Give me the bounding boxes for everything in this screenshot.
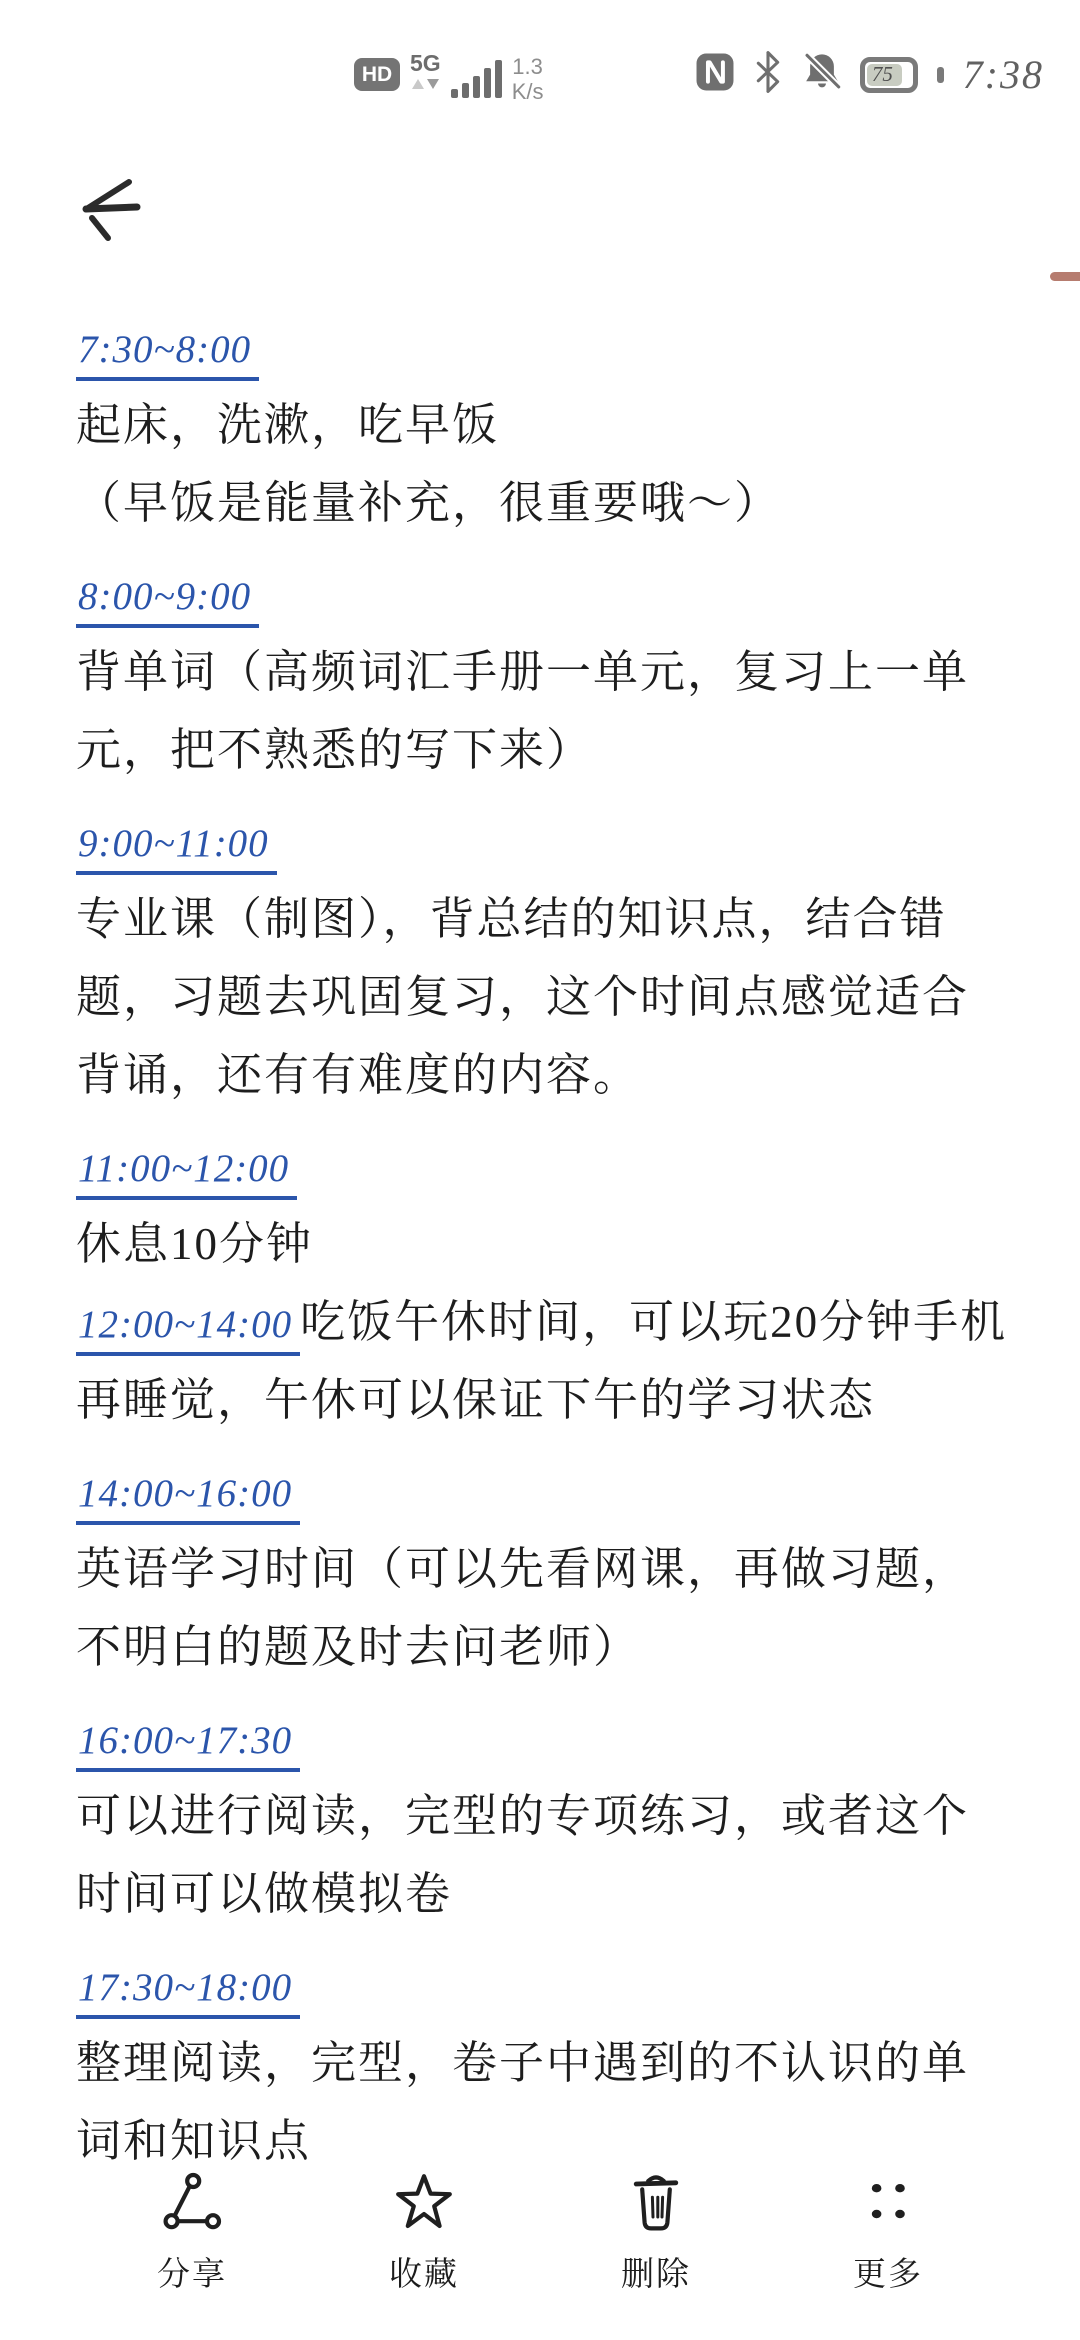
favorite-button[interactable]: 收藏 [374, 2172, 474, 2318]
time-link[interactable]: 14:00~16:00 [76, 1470, 300, 1525]
note-text-segment: 吃饭午休时间，可以玩20分钟手机 [300, 1297, 1007, 1347]
note-text-line: 题，习题去巩固复习，这个时间点感觉适合 [76, 958, 1026, 1036]
time-link[interactable]: 7:30~8:00 [76, 326, 259, 381]
note-text-line: 专业课（制图），背总结的知识点，结合错 [76, 880, 1026, 958]
signal-bars-icon [451, 56, 502, 98]
time-heading-line: 7:30~8:00 [76, 308, 1026, 386]
back-button[interactable] [66, 168, 158, 254]
status-left-group: HD 5G 1.3 K/s [354, 52, 543, 104]
note-text-line: 起床，洗漱，吃早饭 [76, 386, 1026, 464]
status-right-group: 75 7:38 [693, 50, 1044, 99]
time-link[interactable]: 8:00~9:00 [76, 573, 259, 628]
favorite-label: 收藏 [389, 2248, 459, 2295]
note-text-line: 英语学习时间（可以先看网课，再做习题， [76, 1530, 1026, 1608]
more-label: 更多 [853, 2248, 923, 2295]
note-text-line: 不明白的题及时去问老师） [76, 1608, 1026, 1686]
status-time: 7:38 [963, 51, 1044, 98]
notifications-muted-icon [799, 50, 845, 99]
battery-tip [937, 67, 944, 83]
star-icon [394, 2172, 454, 2232]
note-text-line: 整理阅读，完型，卷子中遇到的不认识的单 [76, 2024, 1026, 2102]
share-button[interactable]: 分享 [142, 2172, 242, 2318]
nfc-icon [693, 50, 737, 99]
battery-icon: 75 [860, 57, 918, 93]
more-dots-icon [858, 2172, 918, 2232]
note-text-line: 12:00~14:00吃饭午休时间，可以玩20分钟手机 [76, 1283, 1026, 1361]
note-text-line: 休息10分钟 [76, 1205, 1026, 1283]
note-text-line: 词和知识点 [76, 2102, 1026, 2180]
hd-badge: HD [354, 58, 400, 91]
battery-percent: 75 [865, 62, 901, 87]
time-heading-line: 17:30~18:00 [76, 1946, 1026, 2024]
note-text-line: 时间可以做模拟卷 [76, 1855, 1026, 1933]
note-text-line: 再睡觉，午休可以保证下午的学习状态 [76, 1361, 1026, 1439]
time-link[interactable]: 17:30~18:00 [76, 1964, 300, 2019]
note-content: 7:30~8:00起床，洗漱，吃早饭（早饭是能量补充，很重要哦～）8:00~9:… [76, 308, 1026, 2180]
bluetooth-icon [752, 50, 784, 99]
network-type-label: 5G [410, 52, 441, 75]
time-heading-line: 11:00~12:00 [76, 1127, 1026, 1205]
speed-value: 1.3 [512, 54, 543, 79]
time-link[interactable]: 11:00~12:00 [76, 1145, 297, 1200]
share-icon [162, 2172, 222, 2232]
time-heading-line: 8:00~9:00 [76, 555, 1026, 633]
note-text-line: 背单词（高频词汇手册一单元，复习上一单 [76, 633, 1026, 711]
note-text-line: （早饭是能量补充，很重要哦～） [76, 464, 1026, 542]
red-ink-mark [1050, 272, 1080, 281]
status-bar: HD 5G 1.3 K/s [0, 0, 1080, 112]
bottom-toolbar: 分享 收藏 删除 更多 [0, 2172, 1080, 2318]
time-heading-line: 16:00~17:30 [76, 1699, 1026, 1777]
time-link[interactable]: 12:00~14:00 [76, 1301, 300, 1356]
network-speed: 1.3 K/s [512, 54, 544, 104]
delete-label: 删除 [621, 2248, 691, 2295]
time-link[interactable]: 16:00~17:30 [76, 1717, 300, 1772]
note-text-line: 元，把不熟悉的写下来） [76, 711, 1026, 789]
network-arrows-icon [412, 79, 439, 89]
trash-icon [626, 2172, 686, 2232]
time-link[interactable]: 9:00~11:00 [76, 820, 277, 875]
note-text-line: 可以进行阅读，完型的专项练习，或者这个 [76, 1777, 1026, 1855]
note-text-line: 背诵，还有有难度的内容。 [76, 1036, 1026, 1114]
share-label: 分享 [157, 2248, 227, 2295]
network-indicator: 5G [410, 52, 441, 89]
delete-button[interactable]: 删除 [606, 2172, 706, 2318]
more-button[interactable]: 更多 [838, 2172, 938, 2318]
left-arrow-icon [77, 177, 147, 246]
time-heading-line: 14:00~16:00 [76, 1452, 1026, 1530]
speed-unit: K/s [512, 79, 544, 104]
time-heading-line: 9:00~11:00 [76, 802, 1026, 880]
